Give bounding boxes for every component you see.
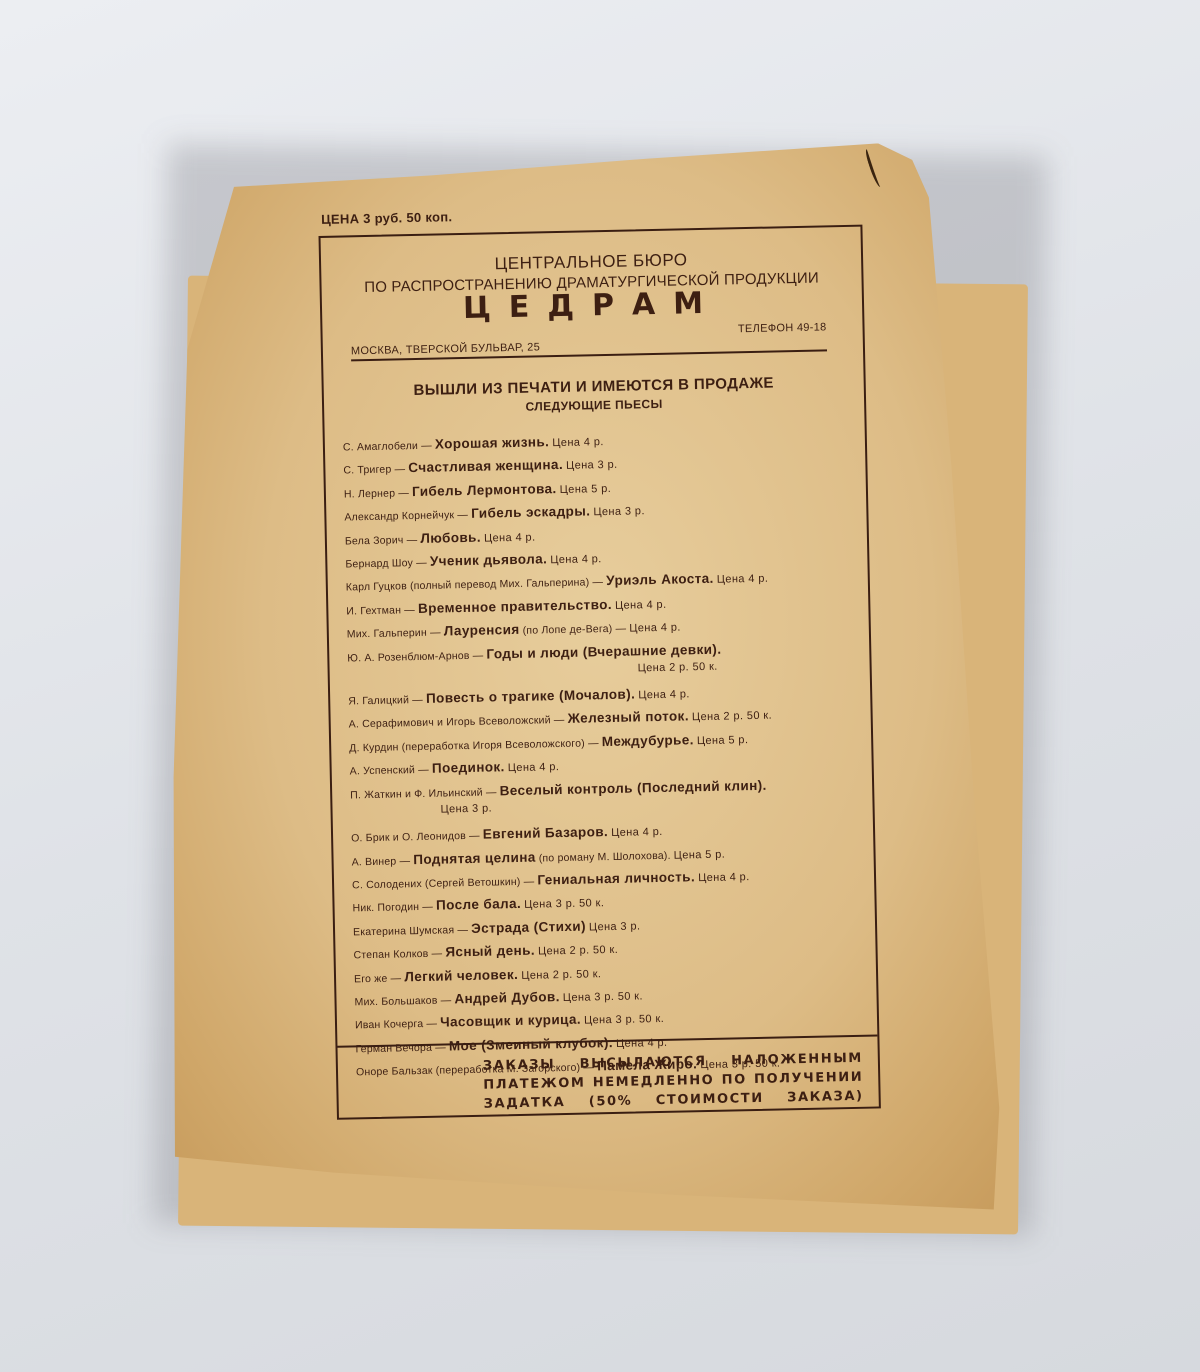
play-author: Екатерина Шумская — <box>353 924 468 938</box>
phone-number: ТЕЛЕФОН 49-18 <box>738 321 827 335</box>
play-price: Цена 2 р. 50 к. <box>692 710 772 724</box>
play-author: С. Тригер — <box>343 464 405 477</box>
play-title: Гибель эскадры. <box>471 504 591 521</box>
play-author: Иван Кочерга — <box>355 1018 437 1032</box>
play-author: Д. Курдин (переработка Игоря Всеволожско… <box>349 737 599 754</box>
play-title: Гениальная личность. <box>537 869 695 887</box>
play-title: Междубурье. <box>602 732 694 749</box>
play-title: Лауренсия <box>444 622 520 639</box>
play-price: Цена 4 р. <box>629 622 681 635</box>
play-author: Мих. Гальперин — <box>347 627 441 641</box>
play-title: Гибель Лермонтова. <box>412 481 557 499</box>
play-price: Цена 4 р. <box>638 688 690 701</box>
play-title: Евгений Базаров. <box>483 824 609 842</box>
play-author: Ник. Погодин — <box>352 901 433 915</box>
play-author: Мих. Большаков — <box>354 994 451 1008</box>
play-title: Поднятая целина <box>413 849 536 867</box>
play-author: П. Жаткин и Ф. Ильинский — <box>350 786 497 801</box>
play-price: Цена 4 р. <box>508 761 560 774</box>
play-price: Цена 3 р. 50 к. <box>563 990 643 1004</box>
play-price: Цена 4 р. <box>484 531 536 544</box>
play-author: А. Серафимович и Игорь Всеволожский — <box>349 714 565 731</box>
play-title: Хорошая жизнь. <box>435 434 550 451</box>
advertisement-frame: ЦЕНТРАЛЬНОЕ БЮРО ПО РАСПРОСТРАНЕНИЮ ДРАМ… <box>319 225 881 1120</box>
play-author: О. Брик и О. Леонидов — <box>351 830 480 845</box>
play-price: Цена 3 р. <box>593 505 645 518</box>
play-note: (по роману М. Шолохова). <box>539 849 671 864</box>
play-author: Н. Лернер — <box>344 487 409 500</box>
play-title: Ученик дьявола. <box>430 551 548 568</box>
play-price: Цена 2 р. 50 к. <box>521 968 601 982</box>
play-title: Любовь. <box>420 529 481 545</box>
play-price: Цена 5 р. <box>697 734 749 747</box>
play-price: Цена 3 р. <box>566 459 618 472</box>
order-terms: ЗАКАЗЫ ВЫСЫЛАЮТСЯ НАЛОЖЕННЫМПЛАТЕЖОМ НЕМ… <box>483 1049 864 1114</box>
play-price: Цена 4 р. <box>717 573 769 586</box>
play-author: Я. Галицкий — <box>348 694 423 708</box>
play-author: Ю. А. Розенблюм-Арнов — <box>347 649 483 664</box>
play-price: Цена 5 р. <box>674 848 726 861</box>
play-price: Цена 3 р. 50 к. <box>524 897 604 911</box>
play-author: Бернард Шоу — <box>345 557 427 571</box>
play-title: Уриэль Акоста. <box>606 571 714 588</box>
play-author: Его же — <box>354 972 401 985</box>
play-price: Цена 2 р. 50 к. <box>538 944 618 958</box>
play-title: Легкий человек. <box>404 967 518 984</box>
play-price: Цена 4 р. <box>552 436 604 449</box>
play-title: Андрей Дубов. <box>454 989 560 1006</box>
play-price: Цена 4 р. <box>615 599 667 612</box>
play-author: Карл Гуцков (полный перевод Мих. Гальпер… <box>346 577 604 594</box>
play-author: А. Успенский — <box>350 764 429 778</box>
play-title: Часовщик и курица. <box>440 1012 581 1030</box>
play-title: Железный поток. <box>567 709 689 727</box>
cover-price: ЦЕНА 3 руб. 50 коп. <box>321 209 452 227</box>
play-title: Поединок. <box>432 759 505 776</box>
address: МОСКВА, ТВЕРСКОЙ БУЛЬВАР, 25 <box>351 341 540 357</box>
play-price: Цена 3 р. <box>589 920 641 933</box>
play-title: Счастливая женщина. <box>408 457 563 475</box>
play-author: Бела Зорич — <box>345 534 418 548</box>
play-title: Эстрада (Стихи) <box>471 918 586 935</box>
play-list: С. Амаглобели — Хорошая жизнь. Цена 4 р.… <box>343 425 876 1084</box>
play-author: А. Винер — <box>351 855 410 868</box>
play-price: Цена 4 р. <box>698 871 750 884</box>
play-title: Веселый контроль (Последний клин). <box>499 777 766 798</box>
play-title: Повесть о трагике (Мочалов). <box>426 687 636 706</box>
play-title: Годы и люди (Вчерашние девки). <box>486 641 721 661</box>
play-author: Степан Колков — <box>353 948 442 962</box>
play-author: С. Солодених (Сергей Ветошкин) — <box>352 876 534 892</box>
play-price: Цена 4 р. <box>611 826 663 839</box>
play-price: Цена 4 р. <box>550 553 602 566</box>
play-price: Цена 3 р. 50 к. <box>584 1013 664 1027</box>
play-author: Александр Корнейчук — <box>344 509 468 524</box>
play-title: Временное правительство. <box>418 597 612 616</box>
play-title: Ясный день. <box>445 943 535 960</box>
play-author: И. Гехтман — <box>346 604 415 617</box>
play-author: С. Амаглобели — <box>343 440 432 454</box>
play-note: (по Лопе де-Вега) — <box>523 623 627 637</box>
play-title: После бала. <box>436 896 521 913</box>
play-price: Цена 5 р. <box>560 483 612 496</box>
